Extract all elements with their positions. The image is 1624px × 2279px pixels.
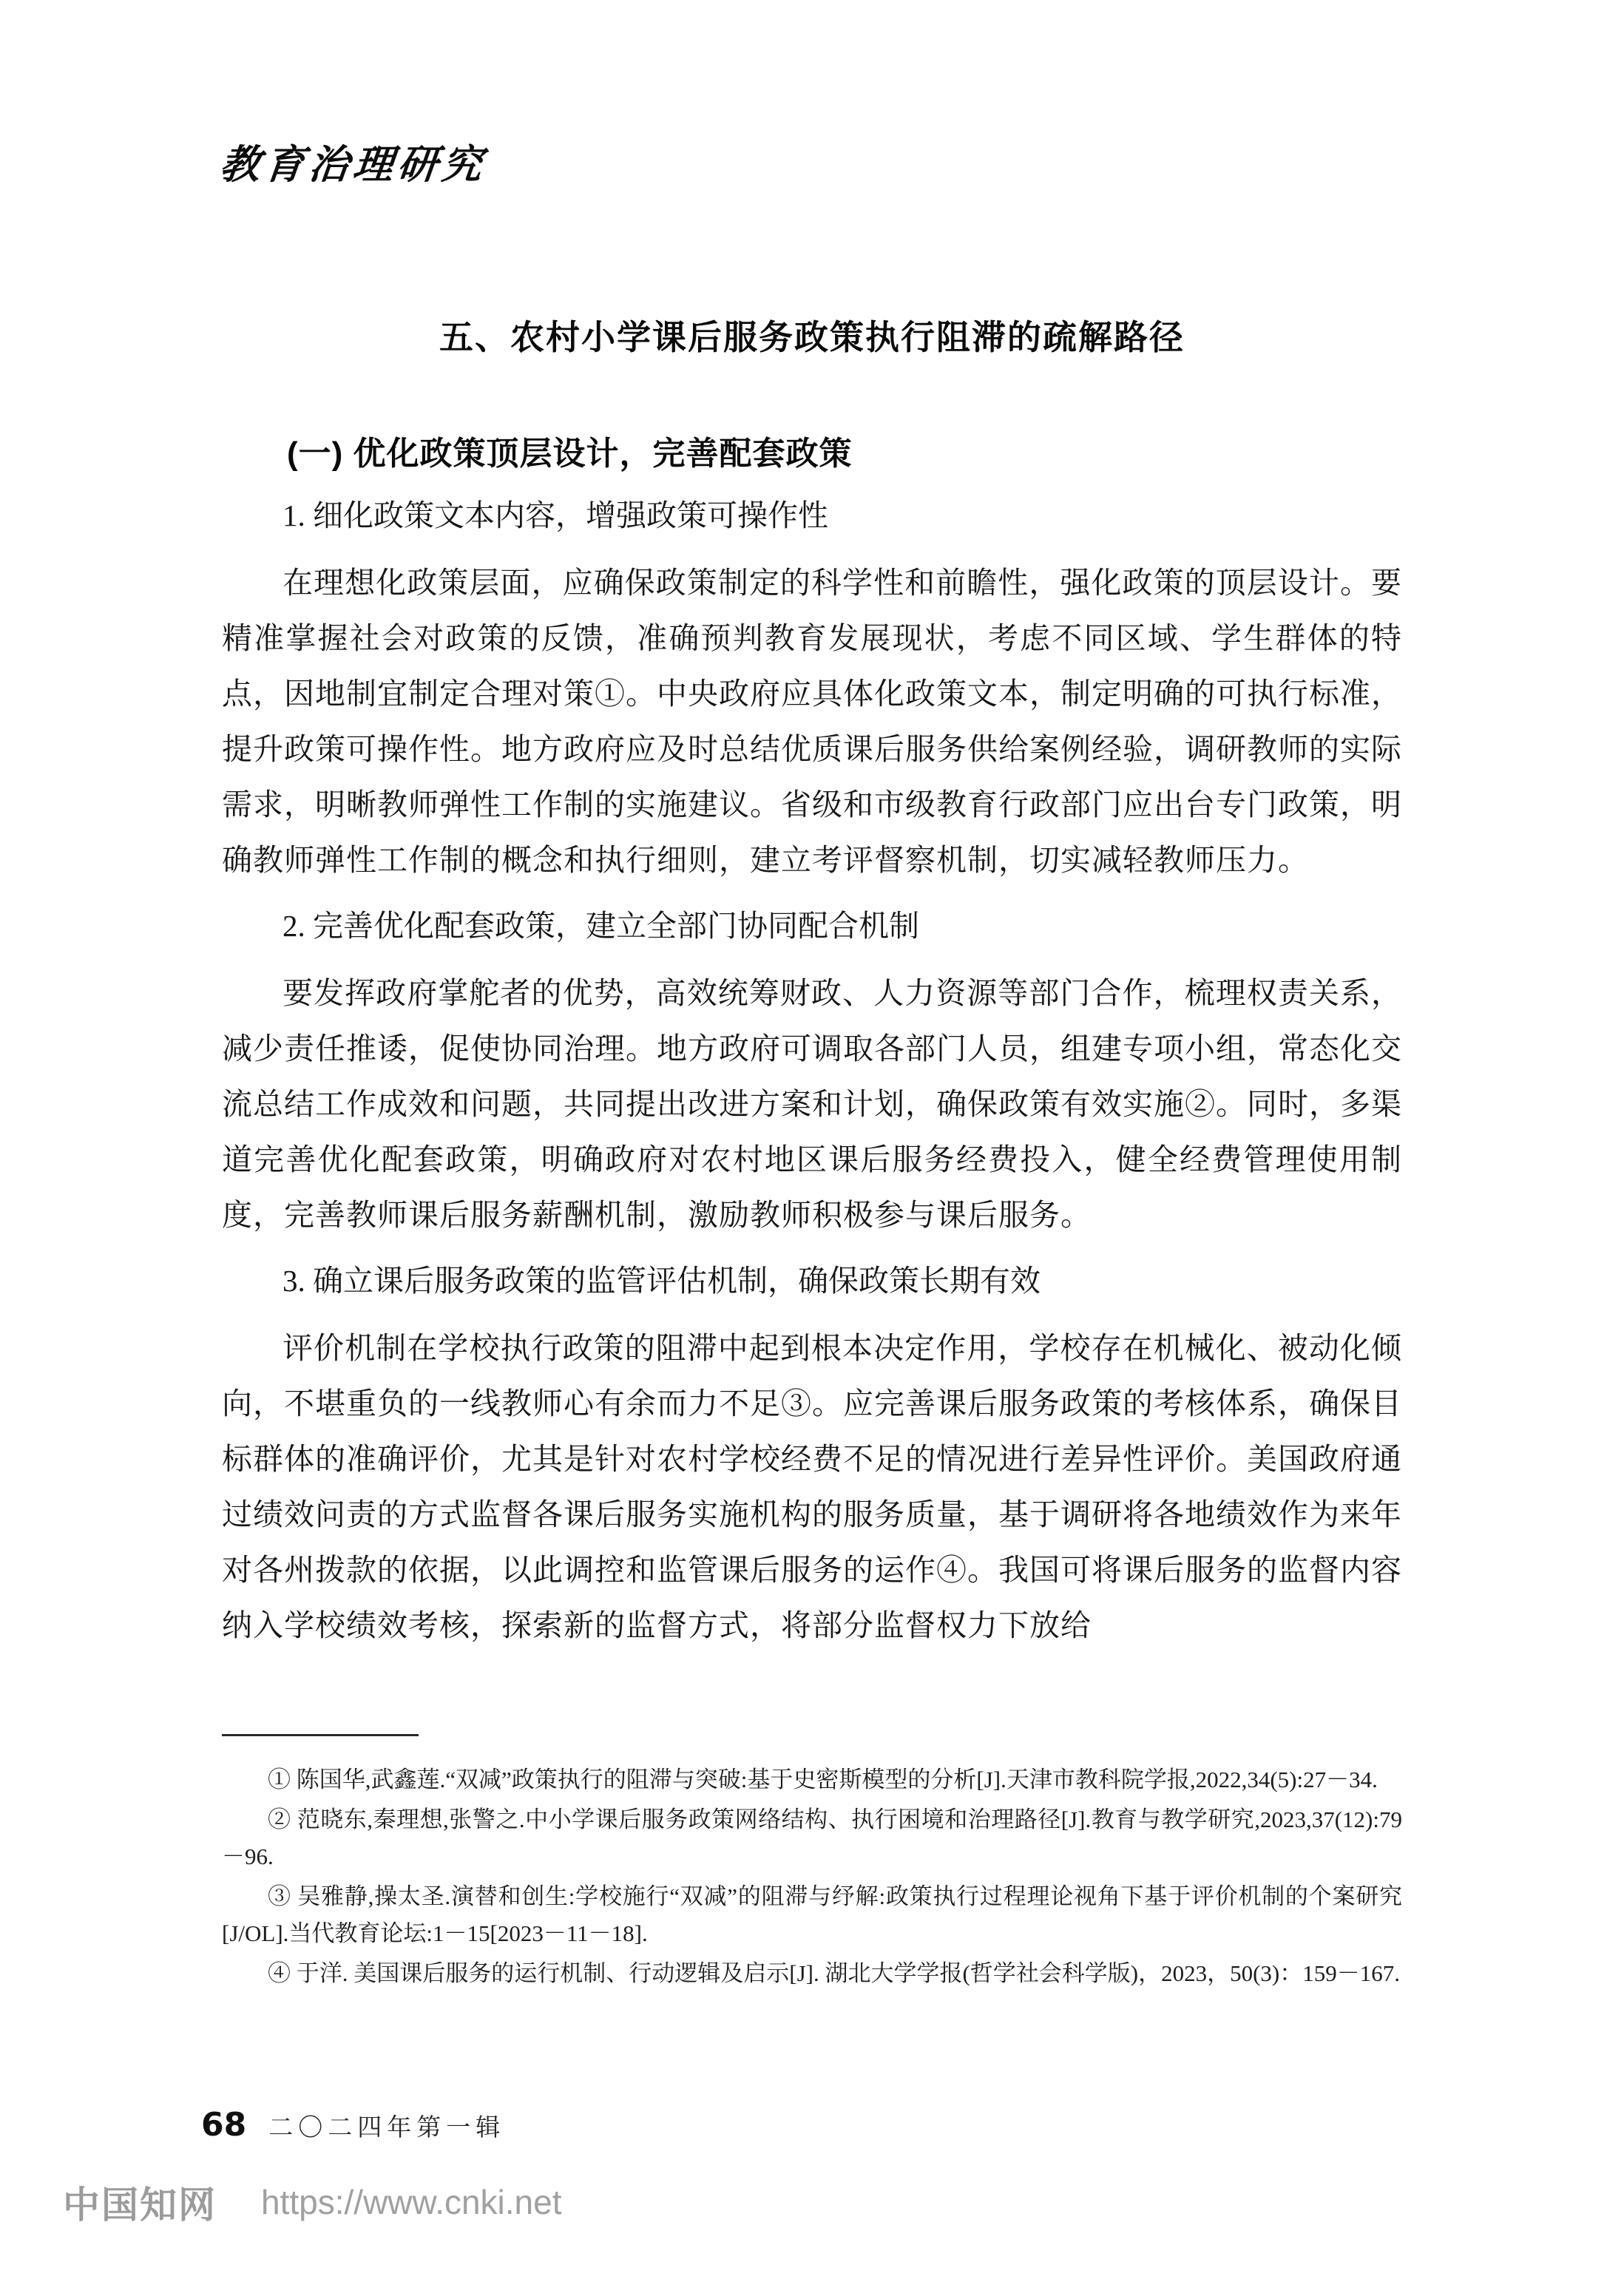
footnotes: ① 陈国华,武鑫莲.“双减”政策执行的阻滞与突破:基于史密斯模型的分析[J].天… [222, 1761, 1402, 1995]
journal-logo: 教育治理研究 [217, 133, 490, 190]
paragraph-2: 要发挥政府掌舵者的优势，高效统筹财政、人力资源等部门合作，梳理权责关系，减少责任… [222, 966, 1402, 1243]
footnote-4: ④ 于洋. 美国课后服务的运行机制、行动逻辑及启示[J]. 湖北大学学报(哲学社… [222, 1955, 1402, 1992]
sub-heading-1: 1. 细化政策文本内容，增强政策可操作性 [222, 488, 1402, 543]
page-number: 68 [201, 2106, 246, 2144]
paragraph-3: 评价机制在学校执行政策的阻滞中起到根本决定作用，学校存在机械化、被动化倾向，不堪… [222, 1321, 1402, 1653]
footnote-2: ② 范晓东,秦理想,张警之.中小学课后服务政策网络结构、执行困境和治理路径[J]… [222, 1801, 1402, 1875]
paragraph-1: 在理想化政策层面，应确保政策制定的科学性和前瞻性，强化政策的顶层设计。要精准掌握… [222, 555, 1402, 888]
footnote-3: ③ 吴雅静,操太圣.演替和创生:学校施行“双减”的阻滞与纾解:政策执行过程理论视… [222, 1878, 1402, 1952]
cnki-watermark: 中国知网 https://www.cnki.net [63, 2175, 562, 2229]
page-footer: 68 二〇二四年第一辑 [201, 2106, 505, 2144]
footnote-separator [222, 1734, 419, 1736]
document-page: 教育治理研究 五、农村小学课后服务政策执行阻滞的疏解路径 (一) 优化政策顶层设… [0, 0, 1624, 2279]
issue-label: 二〇二四年第一辑 [268, 2108, 505, 2143]
page-title: 五、农村小学课后服务政策执行阻滞的疏解路径 [0, 311, 1624, 359]
sub-heading-2: 2. 完善优化配套政策，建立全部门协同配合机制 [222, 898, 1402, 954]
footnote-1: ① 陈国华,武鑫莲.“双减”政策执行的阻滞与突破:基于史密斯模型的分析[J].天… [222, 1761, 1402, 1798]
cnki-brand: 中国知网 [63, 2175, 217, 2229]
article-body: (一) 优化政策顶层设计，完善配套政策 1. 细化政策文本内容，增强政策可操作性… [222, 433, 1402, 1653]
section-heading: (一) 优化政策顶层设计，完善配套政策 [222, 433, 1402, 475]
sub-heading-3: 3. 确立课后服务政策的监管评估机制，确保政策长期有效 [222, 1253, 1402, 1309]
cnki-url: https://www.cnki.net [261, 2182, 562, 2222]
